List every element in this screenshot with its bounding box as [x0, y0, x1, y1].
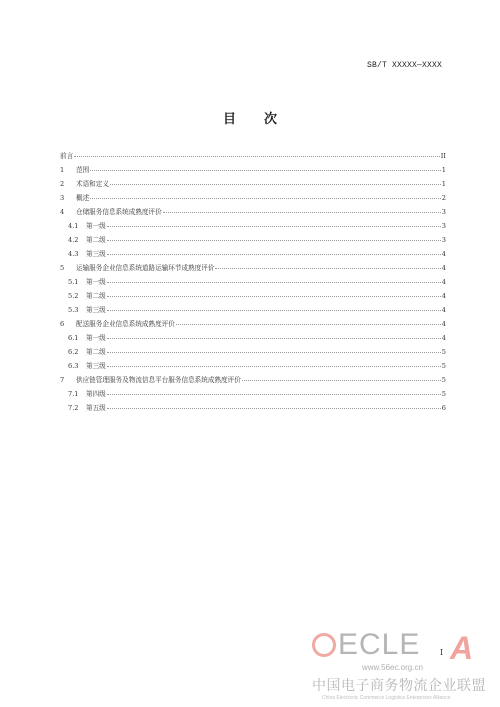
- dot-leader: [107, 240, 441, 241]
- watermark-logo-accent: A: [450, 630, 473, 667]
- toc-entry-number: 4.3: [68, 250, 86, 258]
- dot-leader: [107, 226, 441, 227]
- toc-entry-label: 第三级: [86, 304, 106, 314]
- toc-entry[interactable]: 1范围1: [60, 164, 446, 178]
- toc-entry-number: 4: [60, 208, 76, 216]
- toc-entry-label: 概述: [76, 192, 89, 202]
- toc-entry-page: 5: [442, 376, 446, 384]
- watermark-logo-text: ECLE: [310, 628, 420, 662]
- dot-leader: [107, 338, 441, 339]
- toc-entry[interactable]: 前言II: [60, 150, 446, 164]
- toc-entry[interactable]: 6.3第三级5: [60, 360, 446, 374]
- toc-entry-page: 5: [442, 362, 446, 370]
- toc-entry-number: 5: [60, 264, 76, 272]
- toc-entry-label: 第一级: [86, 332, 106, 342]
- toc-entry-page: 4: [442, 292, 446, 300]
- standard-code: SB/T XXXXX—XXXX: [367, 61, 442, 70]
- toc-entry-number: 5.1: [68, 278, 86, 286]
- toc-entry-page: 3: [442, 222, 446, 230]
- dot-leader: [107, 394, 441, 395]
- toc-entry-number: 5.3: [68, 306, 86, 314]
- toc-entry-label: 仓储服务信息系统成熟度评价: [76, 206, 162, 216]
- toc-entry-label: 第二级: [86, 290, 106, 300]
- toc-entry-number: 1: [60, 166, 76, 174]
- watermark-name-cn: 中国电子商务物流企业联盟: [312, 675, 486, 695]
- toc-entry-page: 4: [442, 334, 446, 342]
- toc-entry[interactable]: 2术语和定义1: [60, 178, 446, 192]
- toc-entry-page: 4: [442, 306, 446, 314]
- toc-entry[interactable]: 5.2第二级4: [60, 290, 446, 304]
- dot-leader: [107, 296, 441, 297]
- dot-leader: [215, 268, 440, 269]
- toc-entry-page: 4: [442, 264, 446, 272]
- toc-entry-page: 4: [442, 320, 446, 328]
- toc-entry-label: 术语和定义: [76, 178, 109, 188]
- toc-entry-number: 7: [60, 376, 76, 384]
- toc-entry[interactable]: 7.2第五级6: [60, 402, 446, 416]
- watermark-url: www.56ec.org.cn: [362, 663, 423, 672]
- toc-entry-label: 第三级: [86, 360, 106, 370]
- toc-entry-number: 7.1: [68, 390, 86, 398]
- toc-entry[interactable]: 7.1第四级5: [60, 388, 446, 402]
- toc-entry[interactable]: 6.1第一级4: [60, 332, 446, 346]
- toc-entry-page: 1: [442, 166, 446, 174]
- dot-leader: [107, 282, 441, 283]
- page-title: 目次: [0, 108, 500, 127]
- toc-entry-number: 6: [60, 320, 76, 328]
- dot-leader: [107, 366, 441, 367]
- toc-entry-page: 3: [442, 208, 446, 216]
- toc-entry-label: 第五级: [86, 402, 106, 412]
- toc-entry-number: 6.2: [68, 348, 86, 356]
- dot-leader: [107, 408, 441, 409]
- toc-entry[interactable]: 4.2第二级3: [60, 234, 446, 248]
- toc-entry[interactable]: 4.1第一级3: [60, 220, 446, 234]
- toc-entry-page: 4: [442, 250, 446, 258]
- table-of-contents: 前言II1范围12术语和定义13概述24仓储服务信息系统成熟度评价34.1第一级…: [60, 150, 446, 416]
- toc-entry-page: 3: [442, 236, 446, 244]
- toc-entry-page: II: [441, 152, 446, 160]
- dot-leader: [242, 380, 441, 381]
- dot-leader: [107, 352, 441, 353]
- toc-entry-label: 第一级: [86, 276, 106, 286]
- toc-entry-label: 配送服务企业信息系统成熟度评价: [76, 318, 175, 328]
- watermark: ECLE A www.56ec.org.cn 中国电子商务物流企业联盟 Chin…: [300, 628, 500, 707]
- toc-entry[interactable]: 7供应链管理服务及物流信息平台服务信息系统成熟度评价5: [60, 374, 446, 388]
- dot-leader: [107, 254, 441, 255]
- toc-entry-label: 运输服务企业信息系统道路运输环节成熟度评价: [76, 262, 214, 272]
- toc-entry-label: 供应链管理服务及物流信息平台服务信息系统成熟度评价: [76, 374, 241, 384]
- toc-entry-page: 5: [442, 390, 446, 398]
- toc-entry-number: 6.1: [68, 334, 86, 342]
- toc-entry-page: 2: [442, 194, 446, 202]
- dot-leader: [107, 310, 441, 311]
- dot-leader: [110, 184, 441, 185]
- toc-entry[interactable]: 6配送服务企业信息系统成熟度评价4: [60, 318, 446, 332]
- title-char-2: 次: [264, 108, 277, 127]
- toc-entry-number: 3: [60, 194, 76, 202]
- toc-entry-page: 4: [442, 278, 446, 286]
- toc-entry[interactable]: 4.3第三级4: [60, 248, 446, 262]
- toc-entry[interactable]: 6.2第二级5: [60, 346, 446, 360]
- toc-entry-number: 4.2: [68, 236, 86, 244]
- toc-entry-number: 5.2: [68, 292, 86, 300]
- toc-entry-label: 第三级: [86, 248, 106, 258]
- watermark-name-en: China Electronic Commerce Logistics Ente…: [322, 695, 450, 701]
- toc-entry[interactable]: 4仓储服务信息系统成熟度评价3: [60, 206, 446, 220]
- toc-entry-label: 第四级: [86, 388, 106, 398]
- toc-entry[interactable]: 5运输服务企业信息系统道路运输环节成熟度评价4: [60, 262, 446, 276]
- title-char-1: 目: [223, 108, 236, 127]
- dot-leader: [176, 324, 441, 325]
- toc-entry-label: 第一级: [86, 220, 106, 230]
- dot-leader: [90, 170, 441, 171]
- toc-entry-label: 第二级: [86, 346, 106, 356]
- toc-entry-number: 4.1: [68, 222, 86, 230]
- dot-leader: [90, 198, 441, 199]
- dot-leader: [74, 156, 440, 157]
- toc-entry[interactable]: 5.3第三级4: [60, 304, 446, 318]
- toc-entry-page: 1: [442, 180, 446, 188]
- toc-entry[interactable]: 3概述2: [60, 192, 446, 206]
- toc-entry-page: 6: [442, 404, 446, 412]
- toc-entry-label: 第二级: [86, 234, 106, 244]
- toc-entry-label: 范围: [76, 164, 89, 174]
- toc-entry-number: 2: [60, 180, 76, 188]
- toc-entry-page: 5: [442, 348, 446, 356]
- toc-entry-number: 7.2: [68, 404, 86, 412]
- toc-entry-number: 6.3: [68, 362, 86, 370]
- toc-entry[interactable]: 5.1第一级4: [60, 276, 446, 290]
- toc-entry-label: 前言: [60, 150, 73, 160]
- dot-leader: [163, 212, 441, 213]
